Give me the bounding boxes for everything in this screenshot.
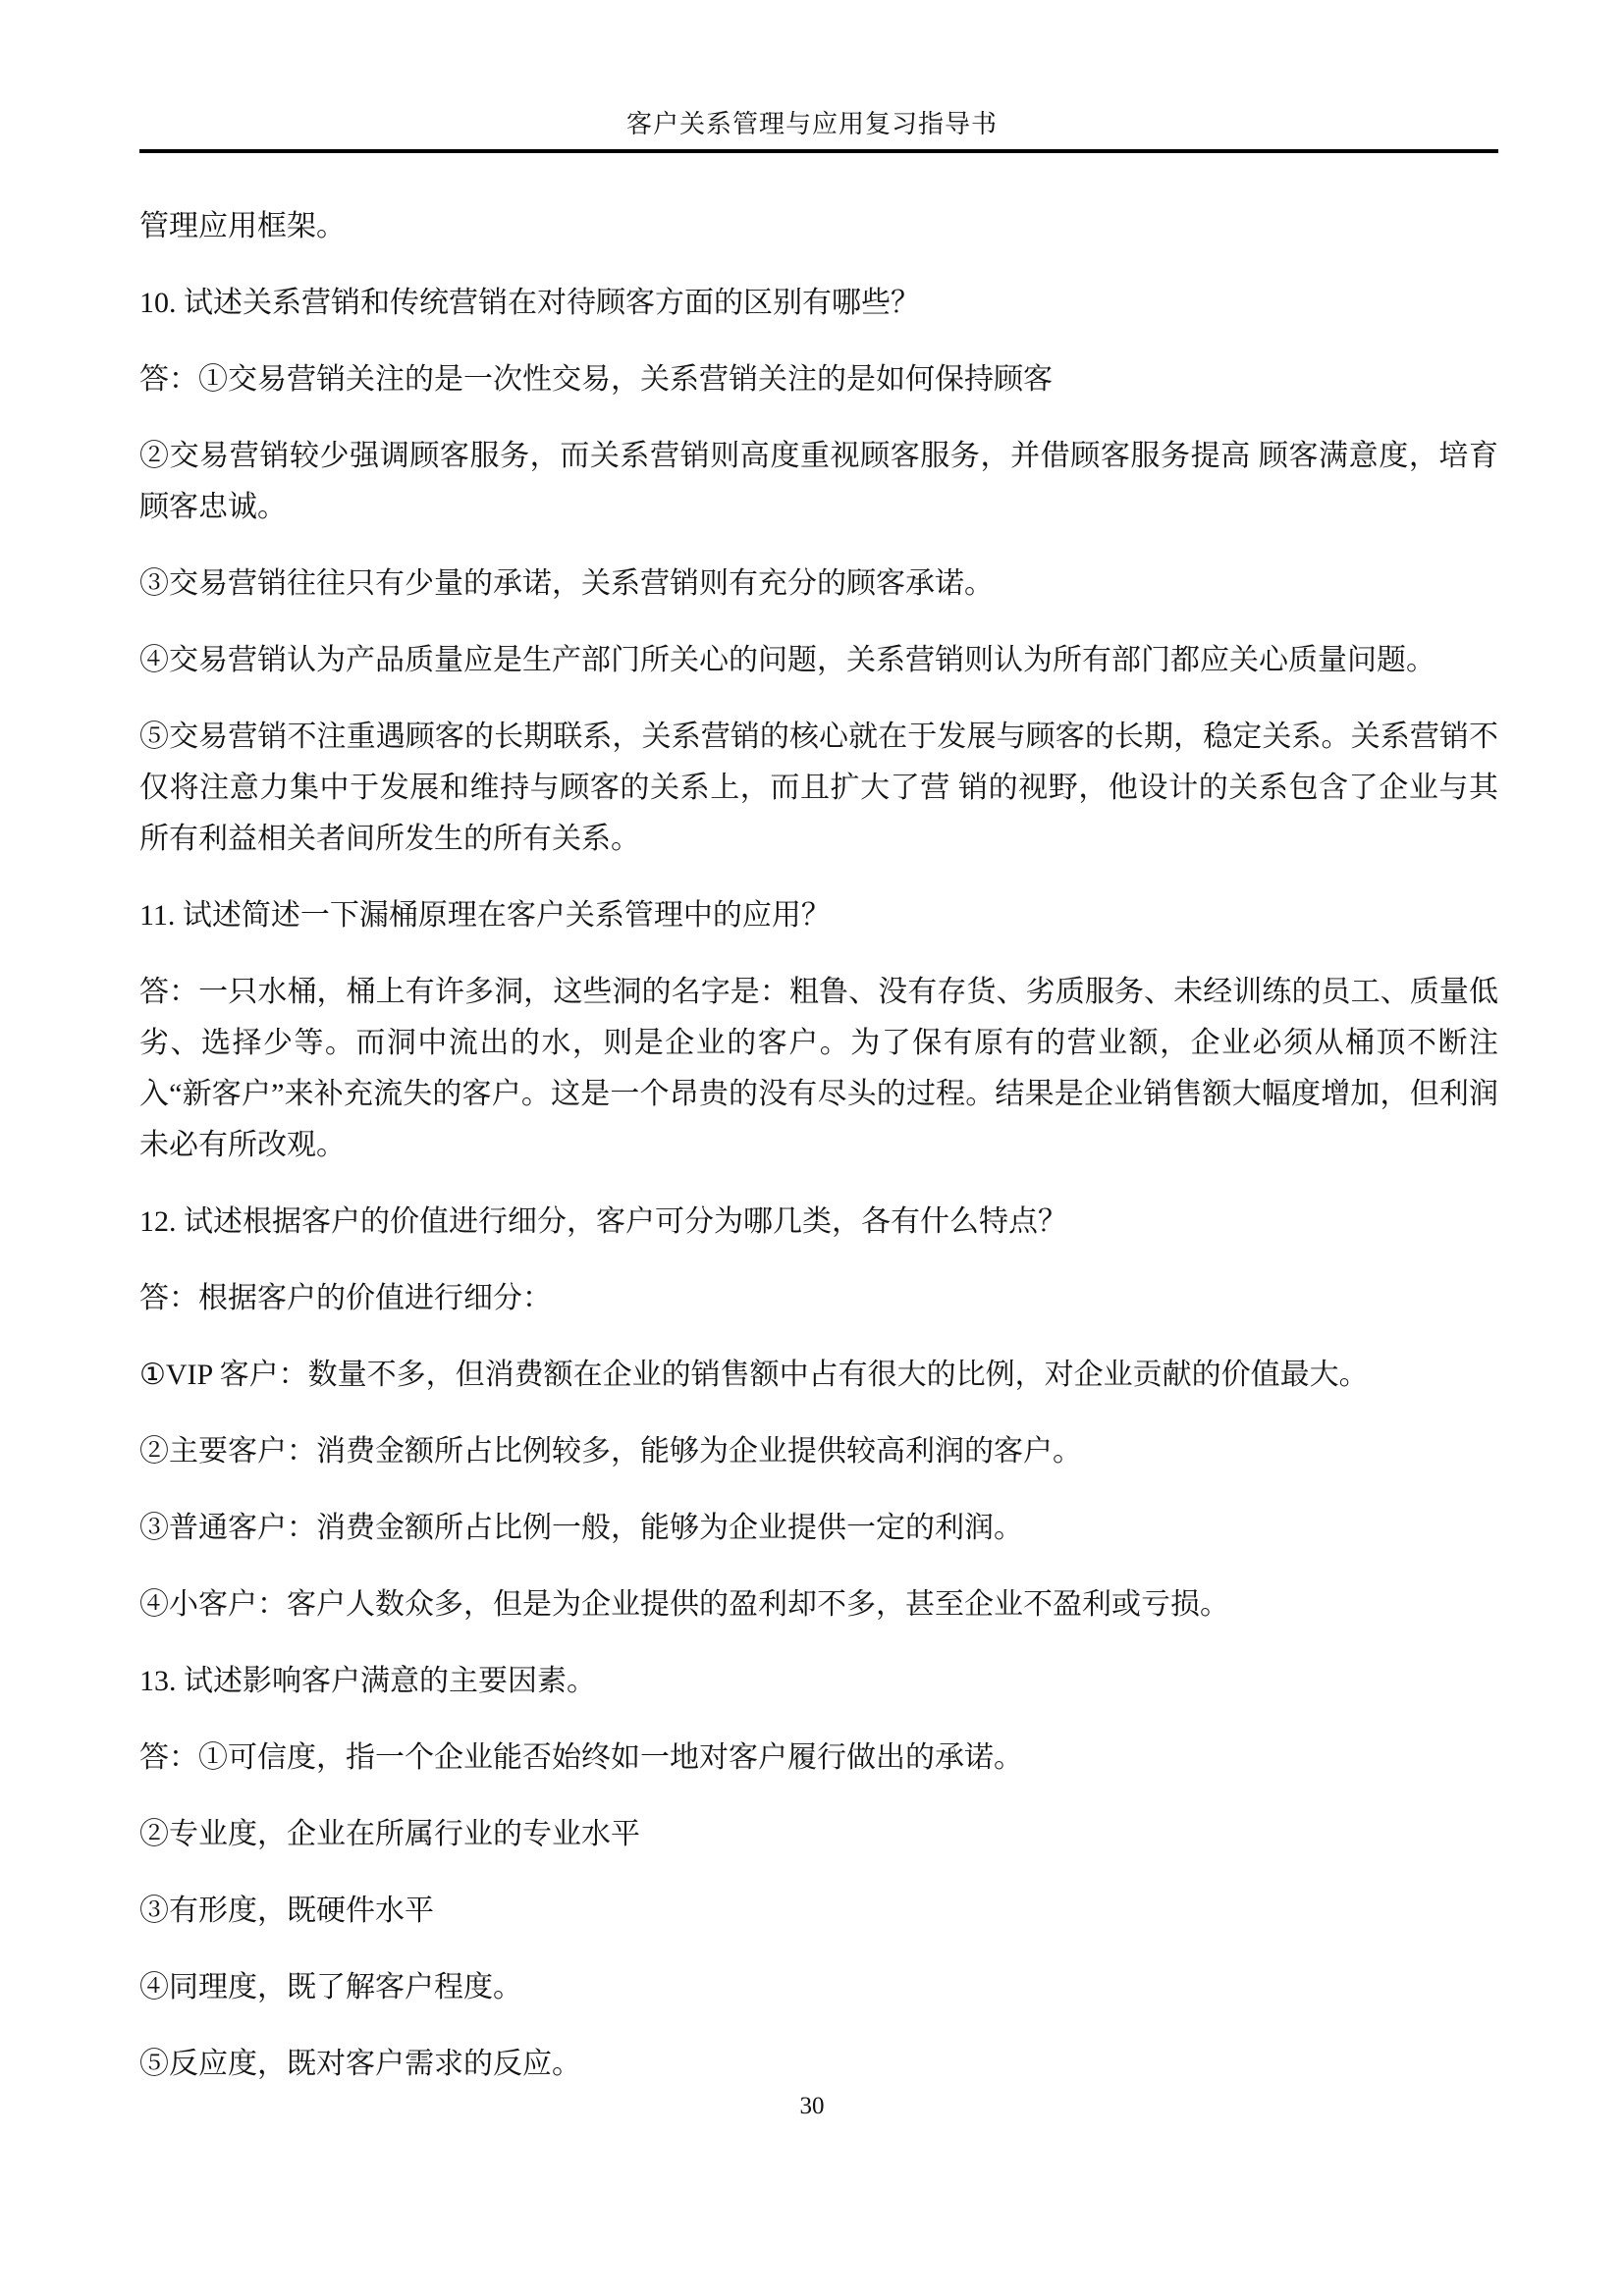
answer-10-point-2: ②交易营销较少强调顾客服务，而关系营销则高度重视顾客服务，并借顾客服务提高 顾客…	[139, 431, 1498, 533]
answer-12-point-4: ④小客户：客户人数众多，但是为企业提供的盈利却不多，甚至企业不盈利或亏损。	[139, 1579, 1498, 1630]
answer-13-point-5: ⑤反应度，既对客户需求的反应。	[139, 2039, 1498, 2090]
question-10: 10. 试述关系营销和传统营销在对待顾客方面的区别有哪些？	[139, 278, 1498, 329]
answer-13-point-4: ④同理度，既了解客户程度。	[139, 1962, 1498, 2013]
answer-13-point-3: ③有形度，既硬件水平	[139, 1886, 1498, 1937]
question-11: 11. 试述简述一下漏桶原理在客户关系管理中的应用？	[139, 890, 1498, 941]
question-13: 13. 试述影响客户满意的主要因素。	[139, 1656, 1498, 1707]
answer-10-point-5: ⑤交易营销不注重遇顾客的长期联系，关系营销的核心就在于发展与顾客的长期，稳定关系…	[139, 712, 1498, 865]
header-title: 客户关系管理与应用复习指导书	[0, 108, 1624, 141]
answer-12-intro: 答：根据客户的价值进行细分：	[139, 1273, 1498, 1324]
answer-11: 答：一只水桶，桶上有许多洞，这些洞的名字是：粗鲁、没有存货、劣质服务、未经训练的…	[139, 967, 1498, 1171]
carryover-text: 管理应用框架。	[139, 201, 1498, 252]
document-body: 管理应用框架。 10. 试述关系营销和传统营销在对待顾客方面的区别有哪些？ 答：…	[139, 201, 1498, 2090]
question-12: 12. 试述根据客户的价值进行细分，客户可分为哪几类，各有什么特点？	[139, 1197, 1498, 1248]
answer-12-point-1: ①VIP 客户：数量不多，但消费额在企业的销售额中占有很大的比例，对企业贡献的价…	[139, 1350, 1498, 1401]
answer-10-point-4: ④交易营销认为产品质量应是生产部门所关心的问题，关系营销则认为所有部门都应关心质…	[139, 635, 1498, 686]
answer-10-point-3: ③交易营销往往只有少量的承诺，关系营销则有充分的顾客承诺。	[139, 559, 1498, 610]
answer-13-point-1: 答：①可信度，指一个企业能否始终如一地对客户履行做出的承诺。	[139, 1733, 1498, 1784]
answer-12-point-3: ③普通客户：消费金额所占比例一般，能够为企业提供一定的利润。	[139, 1503, 1498, 1554]
answer-10-point-1: 答：①交易营销关注的是一次性交易，关系营销关注的是如何保持顾客	[139, 354, 1498, 405]
page-number: 30	[0, 2093, 1624, 2120]
page-footer: 30	[0, 2093, 1624, 2120]
page-header: 客户关系管理与应用复习指导书	[0, 0, 1624, 153]
answer-13-point-2: ②专业度，企业在所属行业的专业水平	[139, 1809, 1498, 1860]
answer-12-point-2: ②主要客户：消费金额所占比例较多，能够为企业提供较高利润的客户。	[139, 1426, 1498, 1477]
document-page: 客户关系管理与应用复习指导书 管理应用框架。 10. 试述关系营销和传统营销在对…	[0, 0, 1624, 2296]
header-rule	[139, 149, 1498, 153]
